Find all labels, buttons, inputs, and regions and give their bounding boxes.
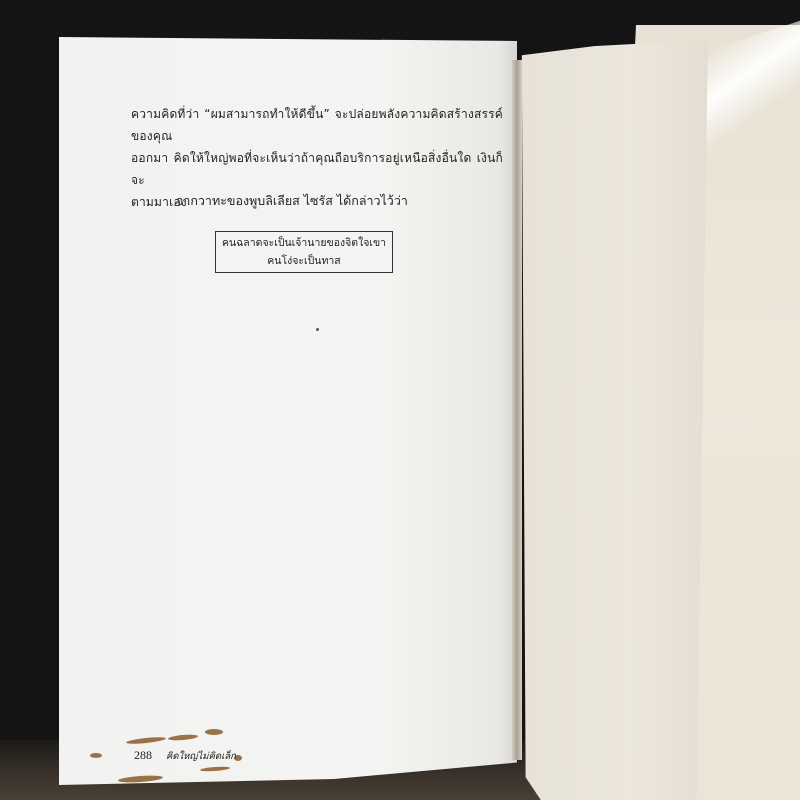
quote-line-1: คนฉลาดจะเป็นเจ้านายของจิตใจเขา [216, 234, 392, 252]
paragraph-line-2: ออกมา คิดให้ใหญ่พอที่จะเห็นว่าถ้าคุณถือบ… [131, 147, 503, 191]
flyleaf-page [518, 40, 708, 800]
quote-line-2: คนโง่จะเป็นทาส [216, 252, 392, 270]
paragraph-line-1: ความคิดที่ว่า “ผมสามารถทำให้ดีขึ้น” จะปล… [131, 103, 503, 147]
running-title: คิดใหญ่ไม่คิดเล็ก [166, 749, 236, 764]
spine-gutter [512, 60, 522, 760]
quote-box: คนฉลาดจะเป็นเจ้านายของจิตใจเขา คนโง่จะเป… [215, 231, 393, 273]
quote-attribution: จากวาทะของพูบลิเลียส ไซรัส ได้กล่าวไว้ว่… [176, 191, 408, 211]
page-number: 288 [134, 748, 152, 763]
page-footer: 288 คิดใหญ่ไม่คิดเล็ก [134, 748, 236, 764]
page-speck [316, 328, 319, 331]
